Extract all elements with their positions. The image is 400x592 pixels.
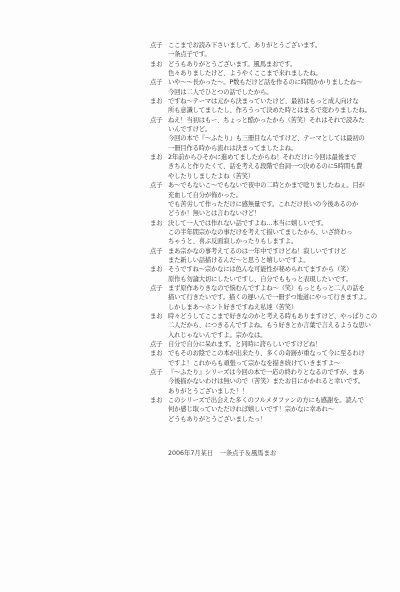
speaker-label: まお [150,153,168,162]
speech-text: 2年前からひそかに進めてましたからね！それだけに今回は最後まできちんと作りたくて… [168,153,382,181]
speech-line: あ～でもないこ～でもないで夜中の二時とかまで唸りましたねぇ。目が [168,181,382,190]
speaker-label: 点子 [150,41,168,50]
speech-line: やしたりしましたよね（苦笑） [168,172,382,181]
dialogue-entry: 点子いや～～長かった～。P数もだけど話を作るのに時間かかりましたね～今回は二人で… [150,78,382,97]
dialogue-entry: まお2年前からひそかに進めてましたからね！それだけに今回は最後まできちんと作りた… [150,153,382,181]
speaker-label: まお [150,312,168,321]
speech-line: 自分で自分に呆れます。と同時に誇らしいですけどね！ [168,340,382,349]
speech-line: 今後描かないわけは無いので（苦笑）またお目にかかれると幸いです。 [168,377,382,386]
speech-line: 時々どうしてここまで好きなのかと考える時もありますけど、やっぱりこの [168,312,382,321]
dialogue-entry: まお決して一人では作れない話ですよね…本当に嬉しいです。この半年間宗かなの事だけ… [150,219,382,247]
speech-line: いんですけど。 [168,125,382,134]
speech-text: ここまでお読み下さいまして、ありがとうございます。一条点子です。 [168,41,382,60]
speech-line: ですね～テーマは元から決まっていたけど、最初はもっと成人向けな [168,97,382,106]
speech-line: まず原作ありきなので悩むんですよね～（笑）もっともっと二人の話を [168,284,382,293]
speech-line: 決して一人では作れない話ですよね…本当に嬉しいです。 [168,219,382,228]
speech-line: ここまでお読み下さいまして、ありがとうございます。 [168,41,382,50]
speech-text: いや～～長かった～。P数もだけど話を作るのに時間かかりましたね～今回は二人でひと… [168,78,382,97]
speech-line: きちんと作りたくて、話を考える段階で台詞一つ決めるのに5時間も費 [168,162,382,171]
speech-text: でもそのお陰でこの本が出来たり、多くの奇跡が重なって今に至るわけですよ！これから… [168,349,382,368]
dialogue-entry: 点子自分で自分に呆れます。と同時に誇らしいですけどね！ [150,340,382,349]
speaker-label: 点子 [150,368,168,377]
speech-line: 色々ありましたけど、ようやくここまで来れましたね。 [168,69,382,78]
dialogue-entry: まおですね～テーマは元から決まっていたけど、最初はもっと成人向けな所も意識してま… [150,97,382,116]
speaker-label: 点子 [150,247,168,256]
speech-line: 原作も勿論大切にしたいですし、自分でももっと表現したいです。 [168,275,382,284]
speech-text: あ～でもないこ～でもないで夜中の二時とかまで唸りましたねぇ。目が充血して自分が怖… [168,181,382,218]
speech-line: このシリーズで出会えた多くのフルメタファンの方にも感謝を。読んで [168,396,382,405]
speech-line: 一冊目作る時から流れは決まってましたよね。 [168,144,382,153]
dialogue-entry: まおそうですね～宗かなには色んな可能性が秘められてますから（笑）原作も勿論大切に… [150,265,382,284]
speech-text: このシリーズで出会えた多くのフルメタファンの方にも感謝を。読んで何か感じ取ってい… [168,396,382,424]
speech-line: 2年前からひそかに進めてましたからね！それだけに今回は最後まで [168,153,382,162]
speaker-label: 点子 [150,116,168,125]
speech-line: どうか！無いとは言わないけど！ [168,209,382,218]
speech-line: 二人だから、につきるんですよね。もう好きとか言葉で言えるような思い [168,321,382,330]
speech-line: ねえ！当初はもー、ちょっと酷かったから（苦笑）それはそれで読みた [168,116,382,125]
speaker-label: まお [150,396,168,405]
speech-line: いや～～長かった～。P数もだけど話を作るのに時間かかりましたね～ [168,78,382,87]
speech-line: どうもありがとうございます。風馬まおです。 [168,60,382,69]
speaker-label: まお [150,349,168,358]
speech-line: 一条点子です。 [168,50,382,59]
speech-line: ちゃうと、喜ぶ反面寂しかったりもしますよ。 [168,237,382,246]
speech-text: ねえ！当初はもー、ちょっと酷かったから（苦笑）それはそれで読みたいんですけど。今… [168,116,382,153]
speaker-label: 点子 [150,181,168,190]
speech-line: でも苦労して作っただけに感無量です。これだけ長いの今後あるのか [168,200,382,209]
speech-line: どうもありがとうございましたっ！ [168,415,382,424]
speech-line: 何か感じ取っていただければ嬉しいです！宗かなに幸あれ～ [168,405,382,414]
speech-line: 入れじゃないんですよ。宗かなは。 [168,331,382,340]
dialogue-entry: 点子まず原作ありきなので悩むんですよね～（笑）もっともっと二人の話を描いて行きた… [150,284,382,312]
speech-line: そうですね～宗かなには色んな可能性が秘められてますから（笑） [168,265,382,274]
speech-line: 今回の本で『～ふたり』も三冊目なんですけど、テーマとしては最初の [168,134,382,143]
speech-text: まず原作ありきなので悩むんですよね～（笑）もっともっと二人の話を描いて行きたいで… [168,284,382,312]
speech-line: 『～ふたり』シリーズは今回の本で一応の終わりとなるのですが、まあ [168,368,382,377]
speech-line: ありがとうございました！！ [168,387,382,396]
dialogue-entry: 点子ここまでお読み下さいまして、ありがとうございます。一条点子です。 [150,41,382,60]
speech-line: また新しい話描けるんだ～と思うと嬉しいですよ。 [168,256,382,265]
speaker-label: まお [150,97,168,106]
speaker-label: まお [150,219,168,228]
speaker-label: まお [150,265,168,274]
speech-text: 決して一人では作れない話ですよね…本当に嬉しいです。この半年間宗かなの事だけを考… [168,219,382,247]
speech-text: どうもありがとうございます。風馬まおです。色々ありましたけど、ようやくここまで来… [168,60,382,79]
speech-text: 『～ふたり』シリーズは今回の本で一応の終わりとなるのですが、まあ今後描かないわけ… [168,368,382,396]
speech-line: ですよ！これからも頑張って宗かなを描き続けていきますよ～ [168,359,382,368]
speech-line: まあ宗かなの事考えてるのは一年中ですけどね！寂しいですけど [168,247,382,256]
date-signature: 2006年7月某日 一条点子＆風馬まお [168,449,276,458]
speech-line: この半年間宗かなの事だけを考えて描いてましたから、いざ終わっ [168,228,382,237]
dialogue-entry: 点子まあ宗かなの事考えてるのは一年中ですけどね！寂しいですけどまた新しい話描ける… [150,247,382,266]
dialogue-entry: 点子あ～でもないこ～でもないで夜中の二時とかまで唸りましたねぇ。目が充血して自分… [150,181,382,218]
speech-line: しかしまあ～ホント好きですねえ私達（苦笑） [168,303,382,312]
speaker-label: 点子 [150,340,168,349]
speaker-label: まお [150,60,168,69]
dialogue-entry: まおどうもありがとうございます。風馬まおです。色々ありましたけど、ようやくここま… [150,60,382,79]
dialogue-entry: 点子『～ふたり』シリーズは今回の本で一応の終わりとなるのですが、まあ今後描かない… [150,368,382,396]
speaker-label: 点子 [150,284,168,293]
speech-line: 今回は二人でひとつの話でしたから。 [168,88,382,97]
speech-line: 充血して自分が怖かった。 [168,191,382,200]
speech-line: 描いて行きたいです。描くの遅いんで一冊ずつ地道にやって行きますよ。 [168,293,382,302]
dialogue-entry: まおこのシリーズで出会えた多くのフルメタファンの方にも感謝を。読んで何か感じ取っ… [150,396,382,424]
speaker-label: 点子 [150,78,168,87]
speech-line: 所も意識してましたし、作ろうって決めた時とはまるで変わりましたね。 [168,106,382,115]
afterword-dialogue: 点子ここまでお読み下さいまして、ありがとうございます。一条点子です。まおどうもあ… [150,41,382,424]
speech-text: まあ宗かなの事考えてるのは一年中ですけどね！寂しいですけどまた新しい話描けるんだ… [168,247,382,266]
dialogue-entry: まおでもそのお陰でこの本が出来たり、多くの奇跡が重なって今に至るわけですよ！これ… [150,349,382,368]
document-page: 点子ここまでお読み下さいまして、ありがとうございます。一条点子です。まおどうもあ… [0,0,400,592]
speech-line: でもそのお陰でこの本が出来たり、多くの奇跡が重なって今に至るわけ [168,349,382,358]
dialogue-entry: 点子ねえ！当初はもー、ちょっと酷かったから（苦笑）それはそれで読みたいんですけど… [150,116,382,153]
dialogue-entry: まお時々どうしてここまで好きなのかと考える時もありますけど、やっぱりこの二人だか… [150,312,382,340]
speech-text: 自分で自分に呆れます。と同時に誇らしいですけどね！ [168,340,382,349]
speech-text: ですね～テーマは元から決まっていたけど、最初はもっと成人向けな所も意識してました… [168,97,382,116]
speech-text: そうですね～宗かなには色んな可能性が秘められてますから（笑）原作も勿論大切にした… [168,265,382,284]
speech-text: 時々どうしてここまで好きなのかと考える時もありますけど、やっぱりこの二人だから、… [168,312,382,340]
